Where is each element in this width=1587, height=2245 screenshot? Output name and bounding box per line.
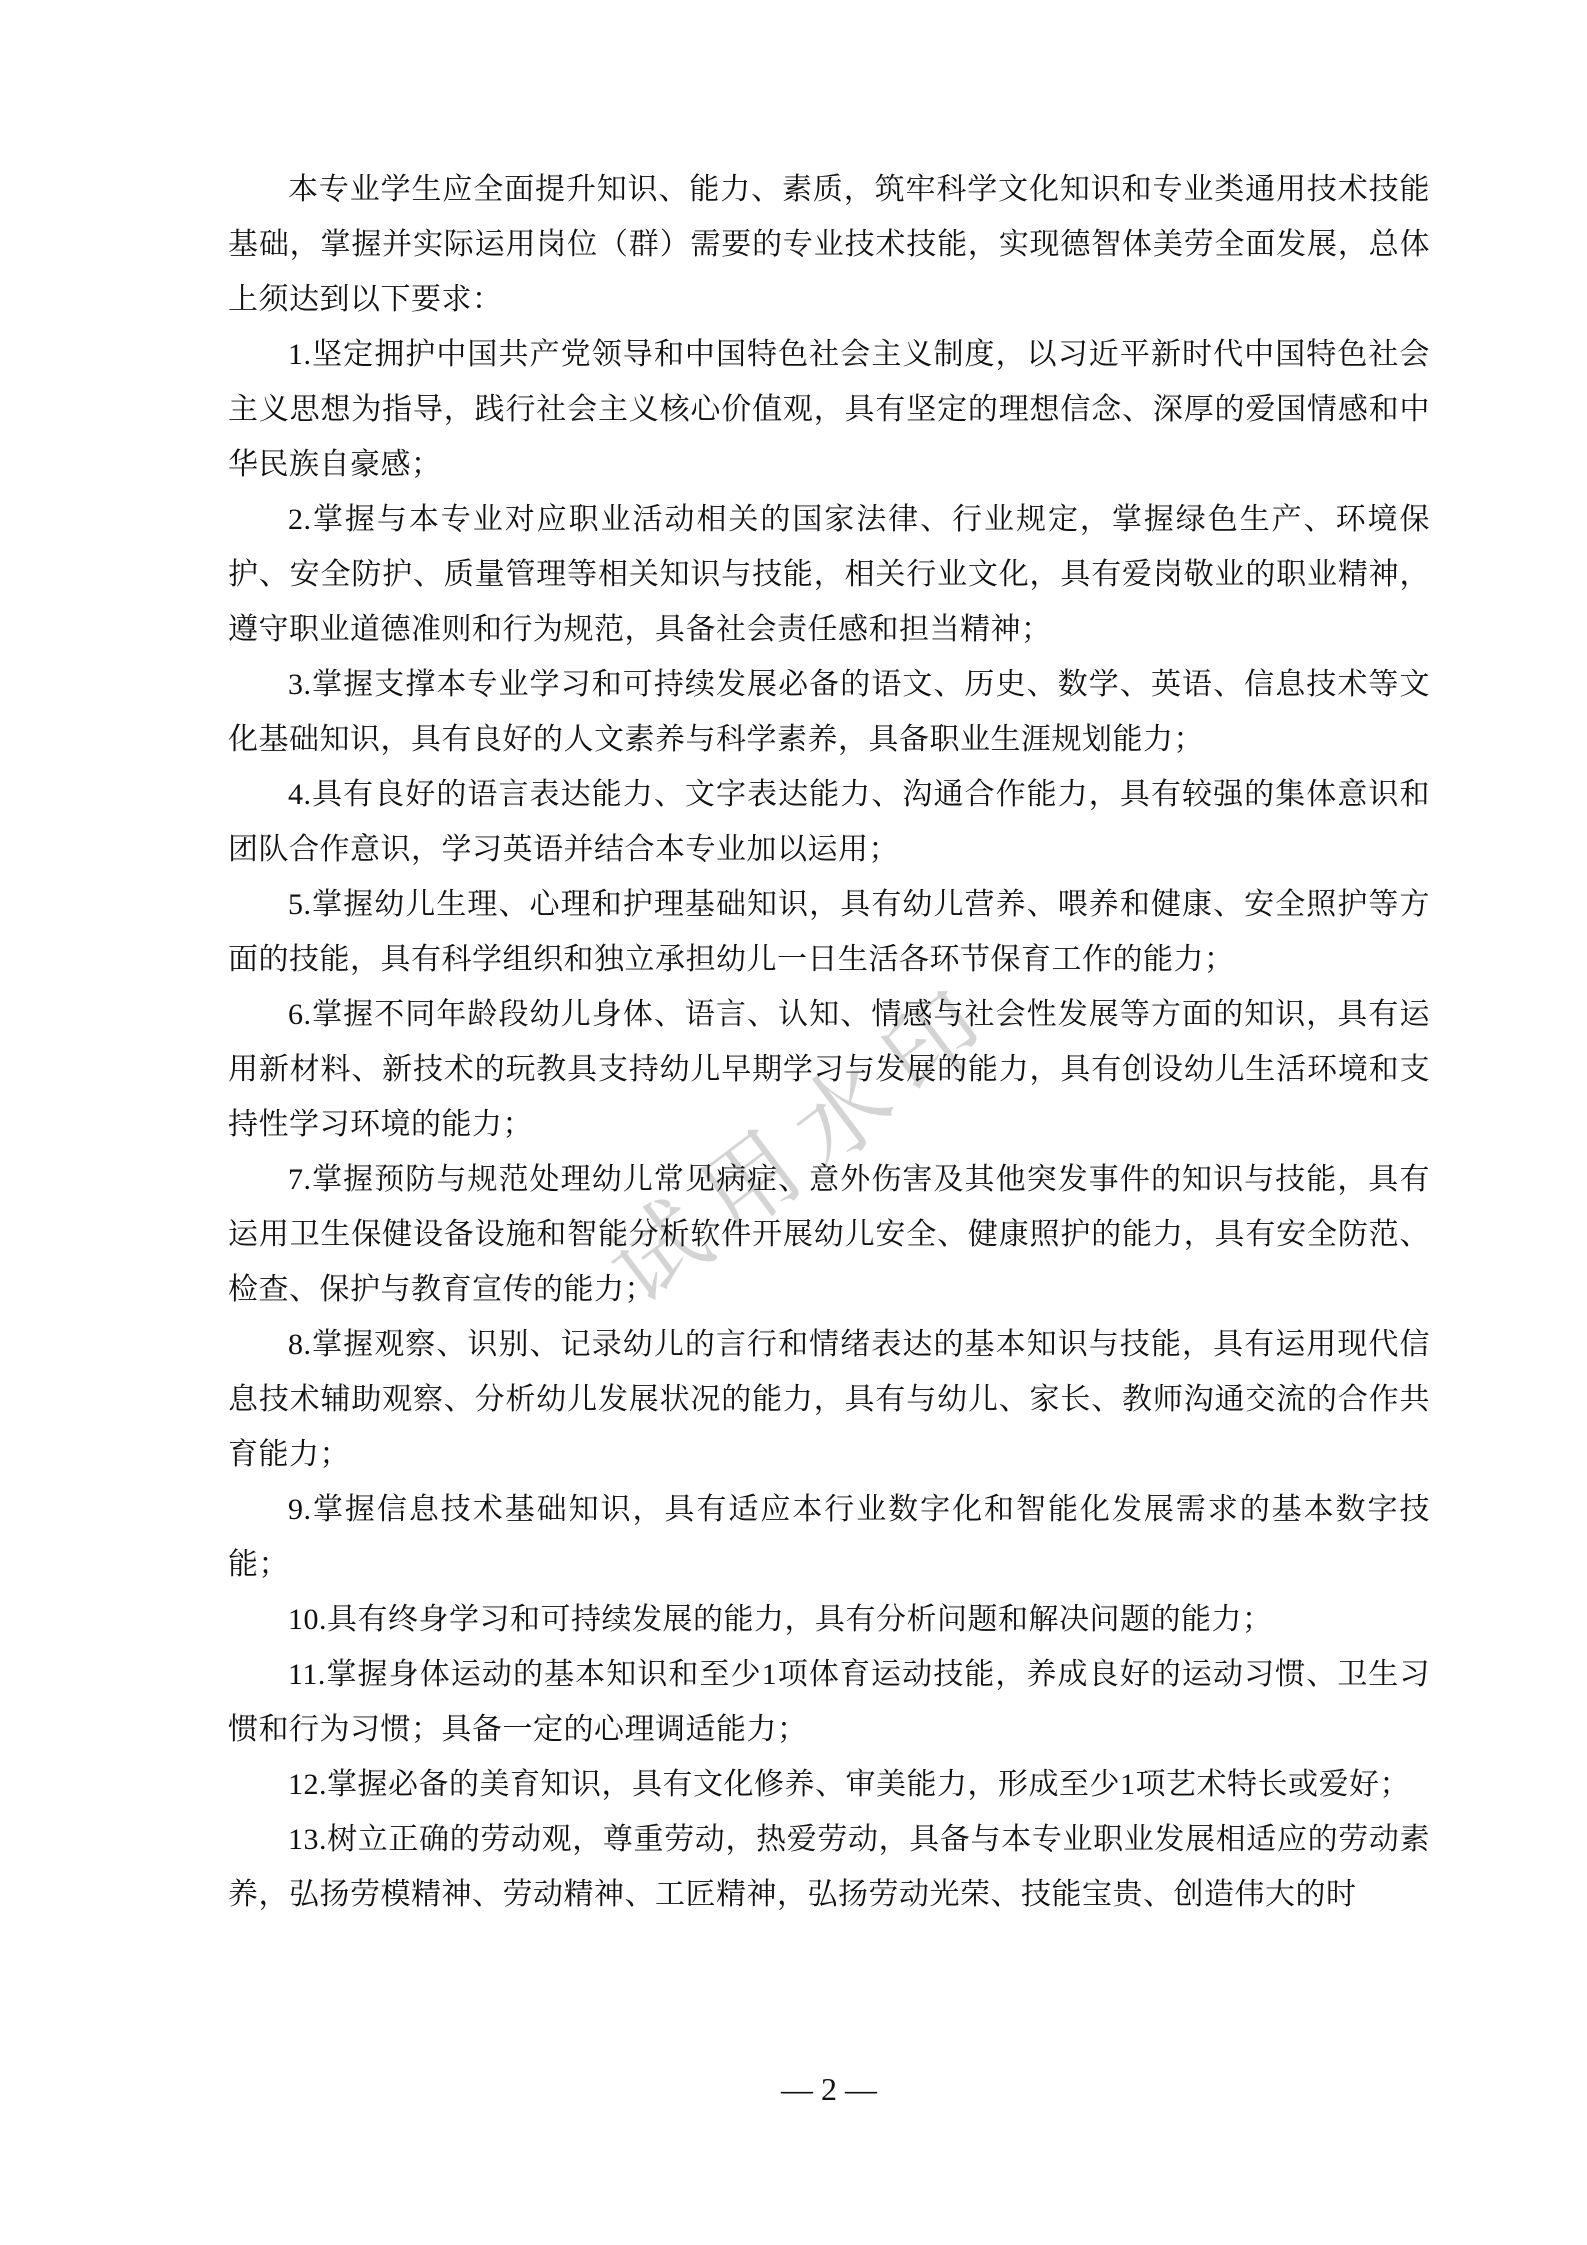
paragraph-item-10: 10.具有终身学习和可持续发展的能力，具有分析问题和解决问题的能力； [228, 1592, 1430, 1647]
page-number: — 2 — [228, 2062, 1430, 2117]
paragraph-item-6: 6.掌握不同年龄段幼儿身体、语言、认知、情感与社会性发展等方面的知识，具有运用新… [228, 987, 1430, 1152]
paragraph-item-12: 12.掌握必备的美育知识，具有文化修养、审美能力，形成至少1项艺术特长或爱好； [228, 1757, 1430, 1812]
paragraph-intro: 本专业学生应全面提升知识、能力、素质，筑牢科学文化知识和专业类通用技术技能基础，… [228, 162, 1430, 327]
paragraph-item-2: 2.掌握与本专业对应职业活动相关的国家法律、行业规定，掌握绿色生产、环境保护、安… [228, 492, 1430, 657]
paragraph-item-3: 3.掌握支撑本专业学习和可持续发展必备的语文、历史、数学、英语、信息技术等文化基… [228, 657, 1430, 767]
paragraph-item-11: 11.掌握身体运动的基本知识和至少1项体育运动技能，养成良好的运动习惯、卫生习惯… [228, 1647, 1430, 1757]
paragraph-item-4: 4.具有良好的语言表达能力、文字表达能力、沟通合作能力，具有较强的集体意识和团队… [228, 767, 1430, 877]
paragraph-item-13: 13.树立正确的劳动观，尊重劳动，热爱劳动，具备与本专业职业发展相适应的劳动素养… [228, 1812, 1430, 1922]
document-body: 本专业学生应全面提升知识、能力、素质，筑牢科学文化知识和专业类通用技术技能基础，… [228, 162, 1430, 1922]
document-page: 试用水印 本专业学生应全面提升知识、能力、素质，筑牢科学文化知识和专业类通用技术… [0, 0, 1587, 2245]
paragraph-item-7: 7.掌握预防与规范处理幼儿常见病症、意外伤害及其他突发事件的知识与技能，具有运用… [228, 1152, 1430, 1317]
paragraph-item-1: 1.坚定拥护中国共产党领导和中国特色社会主义制度，以习近平新时代中国特色社会主义… [228, 327, 1430, 492]
paragraph-item-5: 5.掌握幼儿生理、心理和护理基础知识，具有幼儿营养、喂养和健康、安全照护等方面的… [228, 877, 1430, 987]
paragraph-item-9: 9.掌握信息技术基础知识，具有适应本行业数字化和智能化发展需求的基本数字技能； [228, 1482, 1430, 1592]
paragraph-item-8: 8.掌握观察、识别、记录幼儿的言行和情绪表达的基本知识与技能，具有运用现代信息技… [228, 1317, 1430, 1482]
